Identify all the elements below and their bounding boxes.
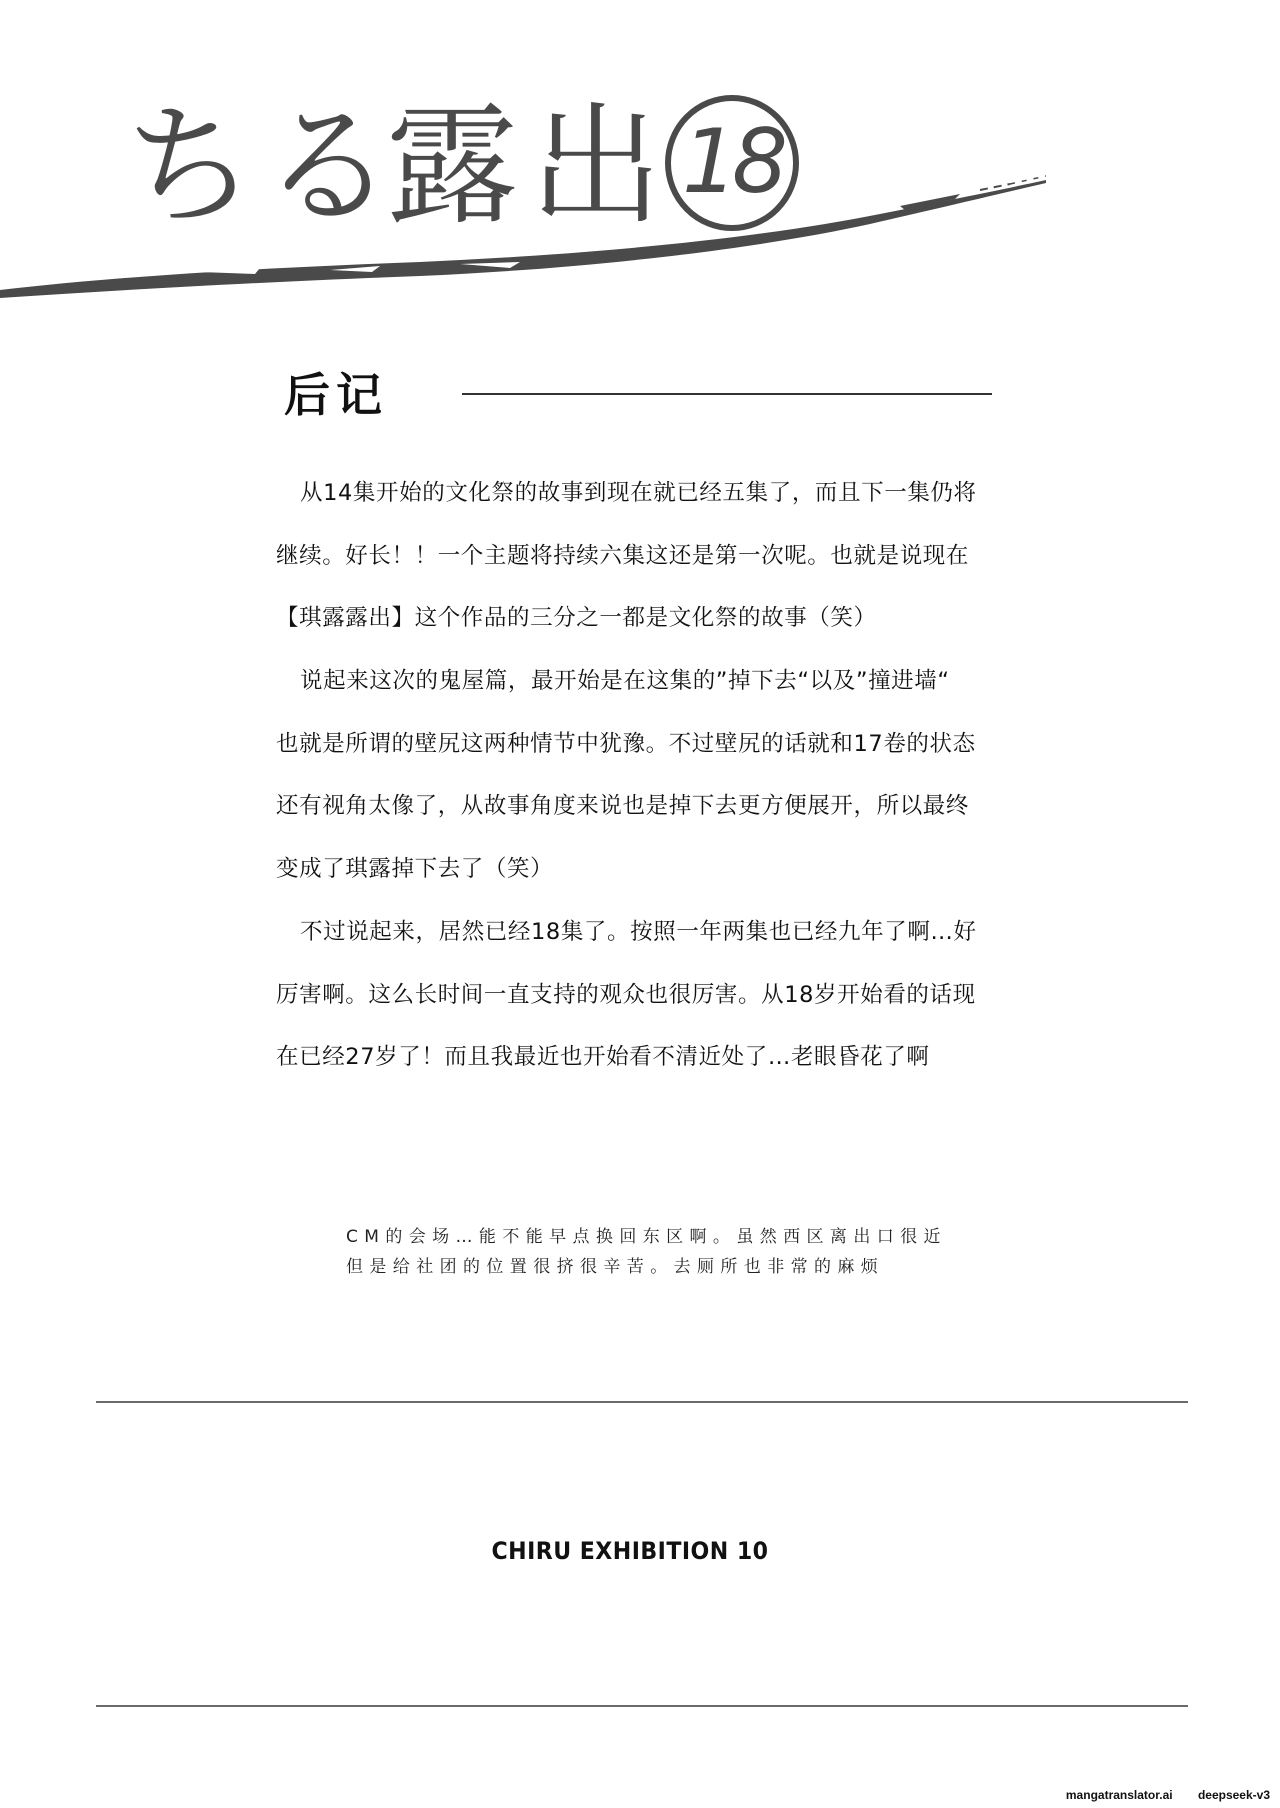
body-line: 变成了琪露掉下去了（笑）: [276, 838, 1016, 901]
heading-rule: [462, 393, 992, 395]
afterword-heading: 后记: [284, 370, 388, 420]
note-line: CM的会场…能不能早点换回东区啊。虽然西区离出口很近: [346, 1222, 966, 1252]
handwritten-note: CM的会场…能不能早点换回东区啊。虽然西区离出口很近 但是给社团的位置很挤很辛苦…: [346, 1222, 966, 1282]
body-line: 在已经27岁了！而且我最近也开始看不清近处了…老眼昏花了啊: [276, 1026, 1016, 1089]
volume-number: 18: [676, 106, 788, 218]
title-glyph-chi: ち: [124, 92, 256, 242]
body-line: 说起来这次的鬼屋篇，最开始是在这集的”掉下去“以及”撞进墙“: [276, 650, 1016, 713]
note-line: 但是给社团的位置很挤很辛苦。去厕所也非常的麻烦: [346, 1252, 966, 1282]
exhibition-label: CHIRU EXHIBITION 10: [50, 1537, 1209, 1565]
divider-bottom: [96, 1705, 1188, 1707]
body-line: 从14集开始的文化祭的故事到现在就已经五集了，而且下一集仍将: [276, 462, 1016, 525]
body-line: 也就是所谓的壁尻这两种情节中犹豫。不过壁尻的话就和17卷的状态: [276, 713, 1016, 776]
body-line: 继续。好长！！一个主题将持续六集这还是第一次呢。也就是说现在: [276, 525, 1016, 588]
body-line: 【琪露露出】这个作品的三分之一都是文化祭的故事（笑）: [276, 587, 1016, 650]
title-glyph-ru: る: [262, 92, 394, 242]
watermark-site: mangatranslator.ai: [1066, 1788, 1173, 1802]
divider-top: [96, 1401, 1188, 1403]
title-glyph-shutsu: 出: [530, 92, 662, 242]
body-line: 还有视角太像了，从故事角度来说也是掉下去更方便展开，所以最终: [276, 775, 1016, 838]
watermark-model: deepseek-v3: [1198, 1788, 1270, 1802]
title-banner: ち る 露 出 18: [0, 0, 1280, 320]
title-glyph-ro: 露: [386, 92, 518, 242]
watermark: mangatranslator.ai deepseek-v3: [1066, 1788, 1270, 1802]
body-line: 不过说起来，居然已经18集了。按照一年两集也已经九年了啊…好: [276, 901, 1016, 964]
afterword-body: 从14集开始的文化祭的故事到现在就已经五集了，而且下一集仍将 继续。好长！！一个…: [276, 462, 1016, 1089]
body-line: 厉害啊。这么长时间一直支持的观众也很厉害。从18岁开始看的话现: [276, 964, 1016, 1027]
